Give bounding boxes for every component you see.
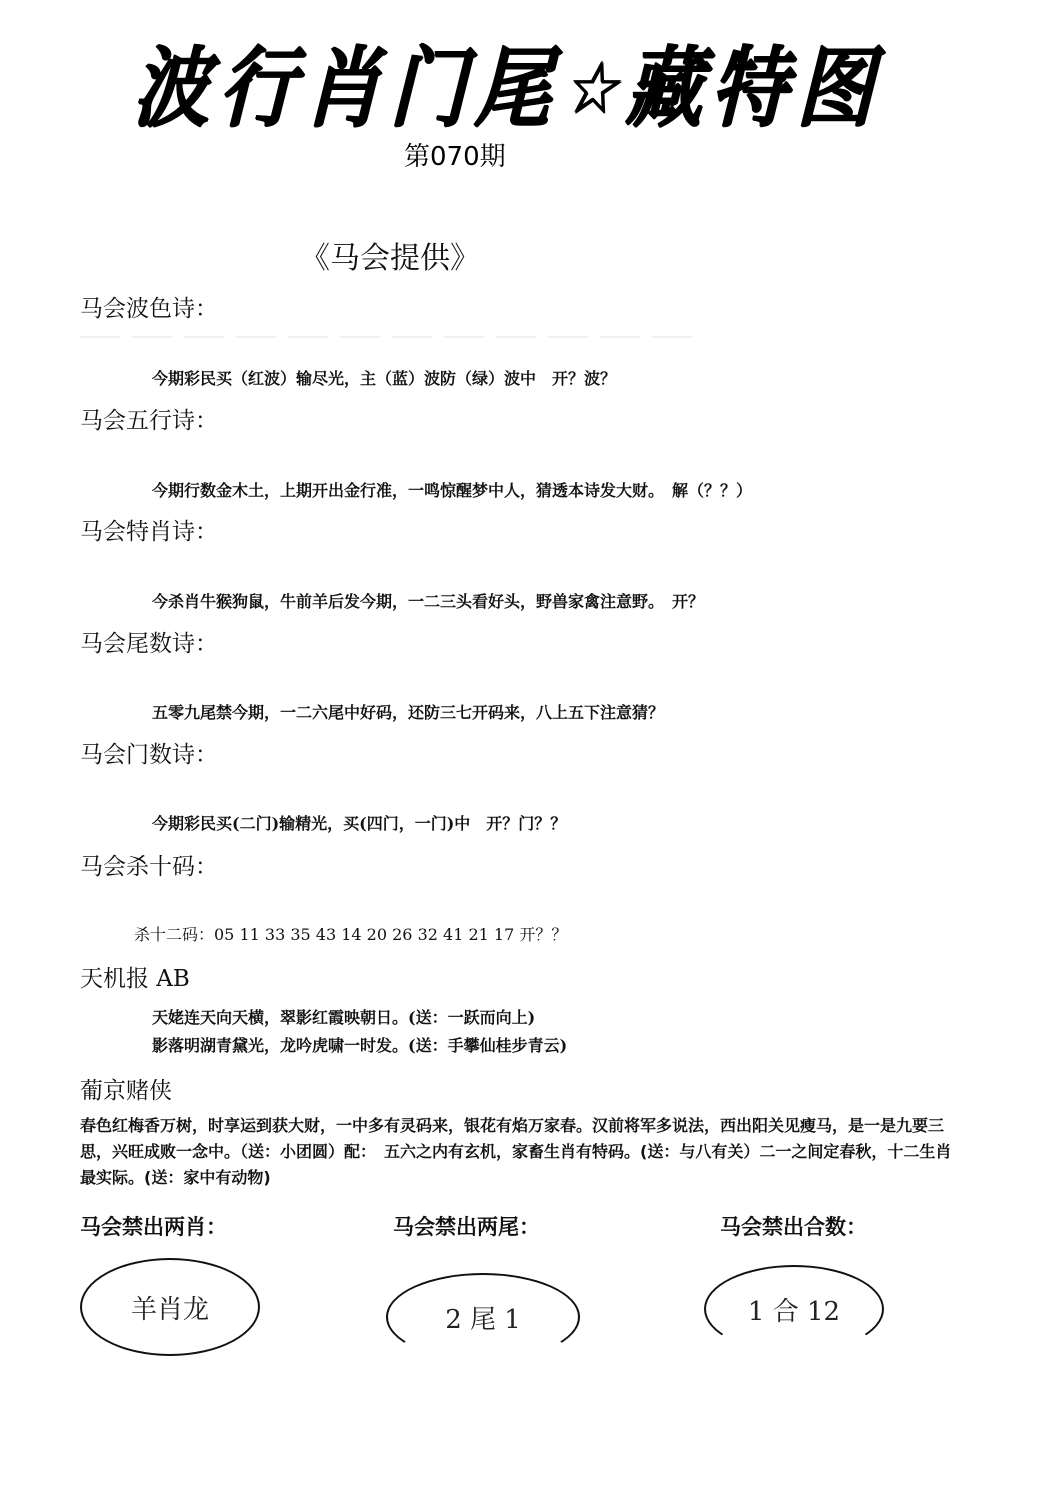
pujing-heading: 葡京赌侠 [80,1072,172,1105]
title-char: 肖 [300,44,398,131]
tianjibao-line: 影落明湖青黛光，龙吟虎啸一时发。(送：手攀仙桂步青云) [152,1033,567,1056]
ban-sum-value: 1 合 12 [748,1291,840,1328]
ban-zodiac-oval: 羊肖龙 [80,1258,260,1356]
title-char: 尾 [471,44,569,131]
section-content-tail-number: 五零九尾禁今期，一二六尾中好码，还防三七开码来，八上五下注意猜？ [152,700,664,723]
star-icon: ☆ [559,52,632,123]
title-char: 门 [386,44,484,131]
ban-sum-oval: 1 合 12 [704,1265,884,1353]
title-char: 图 [793,44,891,131]
issue-number: 第070期 [404,136,506,173]
title-char: 藏 [622,44,720,131]
ban-sum-label: 马会禁出合数： [720,1211,867,1241]
pujing-text: 春色红梅香万树，时享运到获大财，一中多有灵码来，银花有焰万家春。汉前将军多说法，… [80,1113,960,1191]
section-heading-kill-ten: 马会杀十码： [80,848,218,881]
ban-tail-label: 马会禁出两尾： [393,1211,540,1241]
page-title: 波 行 肖 门 尾 ☆ 藏 特 图 [140,38,880,138]
provider-label: 《马会提供》 [300,233,480,277]
section-content-kill-ten: 杀十二码：05 11 33 35 43 14 20 26 32 41 21 17… [134,922,567,945]
section-heading-wave-color: 马会波色诗： [80,290,218,323]
section-content-zodiac: 今杀肖牛猴狗鼠，牛前羊后发今期，一二三头看好头，野兽家禽注意野。 开？ [152,589,704,612]
tianjibao-heading: 天机报 AB [80,960,190,993]
section-heading-tail-number: 马会尾数诗： [80,625,218,658]
divider [80,336,700,338]
section-content-door-number: 今期彩民买(二门)输精光，买(四门，一门)中 开？门？？ [152,811,566,834]
ban-zodiac-label: 马会禁出两肖： [80,1211,227,1241]
section-heading-door-number: 马会门数诗： [80,736,218,769]
ban-tail-value: 2 尾 1 [445,1299,521,1336]
ban-zodiac-value: 羊肖龙 [131,1289,209,1326]
title-char: 波 [129,44,227,131]
title-char: 行 [215,44,313,131]
section-heading-zodiac: 马会特肖诗： [80,513,218,546]
section-content-wave-color: 今期彩民买（红波）输尽光，主（蓝）波防（绿）波中 开？波？ [152,366,616,389]
section-heading-five-elements: 马会五行诗： [80,402,218,435]
section-content-five-elements: 今期行数金木土，上期开出金行准，一鸣惊醒梦中人，猜透本诗发大财。 解（？？） [152,478,752,501]
title-char: 特 [708,44,806,131]
tianjibao-line: 天姥连天向天横，翠影红霞映朝日。(送：一跃而向上) [152,1005,535,1028]
ban-tail-oval: 2 尾 1 [386,1273,580,1361]
